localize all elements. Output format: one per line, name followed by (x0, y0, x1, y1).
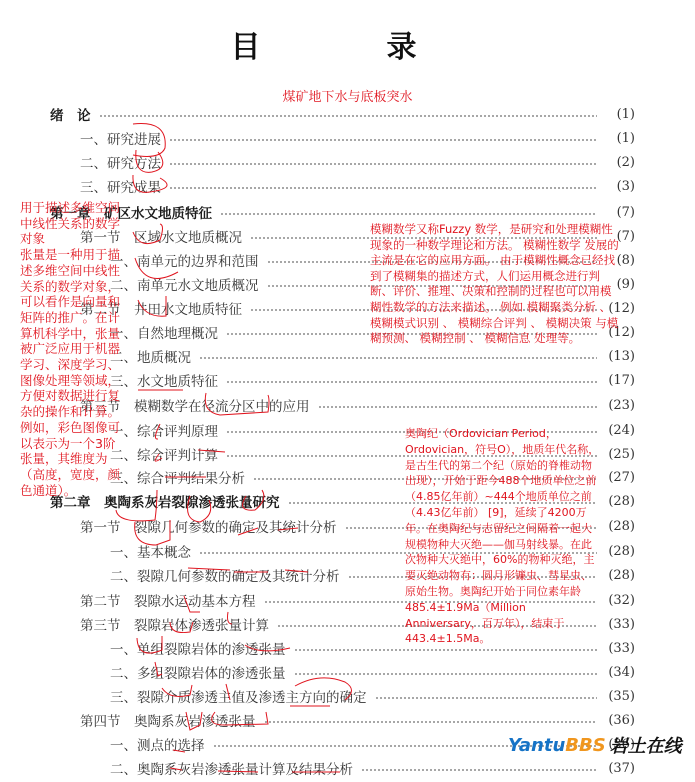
toc-page: (28) (605, 544, 635, 559)
leader-dots (375, 697, 598, 699)
leader-dots (169, 163, 597, 165)
toc-label: 第三节 裂隙岩体渗透张量计算 (80, 614, 269, 634)
toc-label: 一、自然地理概况 (110, 322, 218, 342)
toc-entry[interactable]: 三、水文地质特征(17) (110, 370, 635, 390)
toc-label: 二、南单元水文地质概况 (110, 274, 259, 294)
tensor-note-text: 用于描述多维空间中线性关系的数学对象 张量是一种用于描述多维空间中线性关系的数学… (20, 200, 125, 498)
toc-entry[interactable]: 第三节 模糊数学在径流分区中的应用(23) (80, 395, 635, 415)
toc-page: (27) (605, 470, 635, 485)
leader-dots (220, 213, 597, 215)
toc-label: 三、综合评判结果分析 (110, 467, 245, 487)
toc-page: (1) (605, 107, 635, 122)
leader-dots (264, 721, 598, 723)
toc-page: (35) (605, 689, 635, 704)
toc-entry[interactable]: 第一章 矿区水文地质特征(7) (50, 202, 635, 222)
toc-label: 一、南单元的边界和范围 (110, 250, 259, 270)
toc-page: (37) (605, 761, 635, 776)
logo-chinese: 岩土在线 (610, 732, 682, 758)
toc-entry[interactable]: 一、研究进展(1) (80, 128, 635, 148)
toc-entry[interactable]: 二、多组裂隙岩体的渗透张量(34) (110, 662, 635, 682)
yantubbs-watermark-logo: YantuBBS岩土在线 (508, 732, 682, 758)
leader-dots (361, 769, 597, 771)
toc-page: (7) (605, 205, 635, 220)
toc-entry[interactable]: 二、研究方法(2) (80, 152, 635, 172)
toc-entry[interactable]: 第四节 奥陶系灰岩渗透张量(36) (80, 710, 635, 730)
leader-dots (169, 187, 597, 189)
toc-label: 一、综合评判原理 (110, 420, 218, 440)
toc-entry[interactable]: 二、地质概况(13) (110, 346, 635, 366)
toc-label: 二、奥陶系灰岩渗透张量计算及结果分析 (110, 758, 353, 778)
toc-page: (32) (605, 593, 635, 608)
toc-label: 二、综合评判计算 (110, 444, 218, 464)
fuzzy-note-text: 模糊数学又称Fuzzy 数学，是研究和处理模糊性现象的一种数学理论和方法。 模糊… (370, 222, 622, 347)
toc-page: (28) (605, 494, 635, 509)
toc-label: 三、裂隙介质渗透主值及渗透主方向的确定 (110, 686, 367, 706)
ordovician-annotation-note: 奥陶纪（Ordovician Period，Ordovician，符号O），地质… (405, 426, 600, 647)
toc-page: (33) (605, 641, 635, 656)
toc-page: (28) (605, 519, 635, 534)
toc-label: 一、单组裂隙岩体的渗透张量 (110, 638, 286, 658)
toc-page: (13) (605, 349, 635, 364)
toc-label: 三、水文地质特征 (110, 370, 218, 390)
toc-page: (36) (605, 713, 635, 728)
toc-label: 三、研究成果 (80, 176, 161, 196)
toc-page: (34) (605, 665, 635, 680)
toc-entry[interactable]: 绪 论(1) (50, 104, 635, 124)
toc-page: (24) (605, 423, 635, 438)
toc-label: 二、多组裂隙岩体的渗透张量 (110, 662, 286, 682)
toc-page: (1) (605, 131, 635, 146)
toc-label: 第二节 裂隙水运动基本方程 (80, 590, 256, 610)
leader-dots (169, 139, 597, 141)
toc-entry[interactable]: 三、裂隙介质渗透主值及渗透主方向的确定(35) (110, 686, 635, 706)
leader-dots (318, 406, 598, 408)
leader-dots (294, 649, 598, 651)
toc-page: (2) (605, 155, 635, 170)
logo-bbs: BBS (565, 735, 605, 756)
toc-entry[interactable]: 二、奥陶系灰岩渗透张量计算及结果分析(37) (110, 758, 635, 778)
ordovician-note-text: 奥陶纪（Ordovician Period，Ordovician，符号O），地质… (405, 426, 600, 647)
toc-page: (28) (605, 568, 635, 583)
toc-label: 一、测点的选择 (110, 734, 205, 754)
toc-label: 绪 论 (50, 104, 91, 124)
toc-page: (17) (605, 373, 635, 388)
toc-page: (25) (605, 447, 635, 462)
toc-label: 一、基本概念 (110, 541, 191, 561)
toc-entry[interactable]: 三、研究成果(3) (80, 176, 635, 196)
toc-label: 二、研究方法 (80, 152, 161, 172)
toc-label: 第一节 裂隙几何参数的确定及其统计分析 (80, 516, 337, 536)
leader-dots (294, 673, 598, 675)
toc-page: (23) (605, 398, 635, 413)
leader-dots (199, 357, 597, 359)
leader-dots (99, 115, 598, 117)
logo-yantu: Yantu (508, 735, 565, 756)
fuzzy-math-annotation-note: 模糊数学又称Fuzzy 数学，是研究和处理模糊性现象的一种数学理论和方法。 模糊… (370, 222, 622, 347)
tensor-annotation-note: 用于描述多维空间中线性关系的数学对象 张量是一种用于描述多维空间中线性关系的数学… (20, 200, 125, 498)
toc-page: (33) (605, 617, 635, 632)
toc-page: (3) (605, 179, 635, 194)
leader-dots (226, 381, 597, 383)
toc-label: 一、研究进展 (80, 128, 161, 148)
toc-label: 二、裂隙几何参数的确定及其统计分析 (110, 565, 340, 585)
toc-label: 第四节 奥陶系灰岩渗透张量 (80, 710, 256, 730)
